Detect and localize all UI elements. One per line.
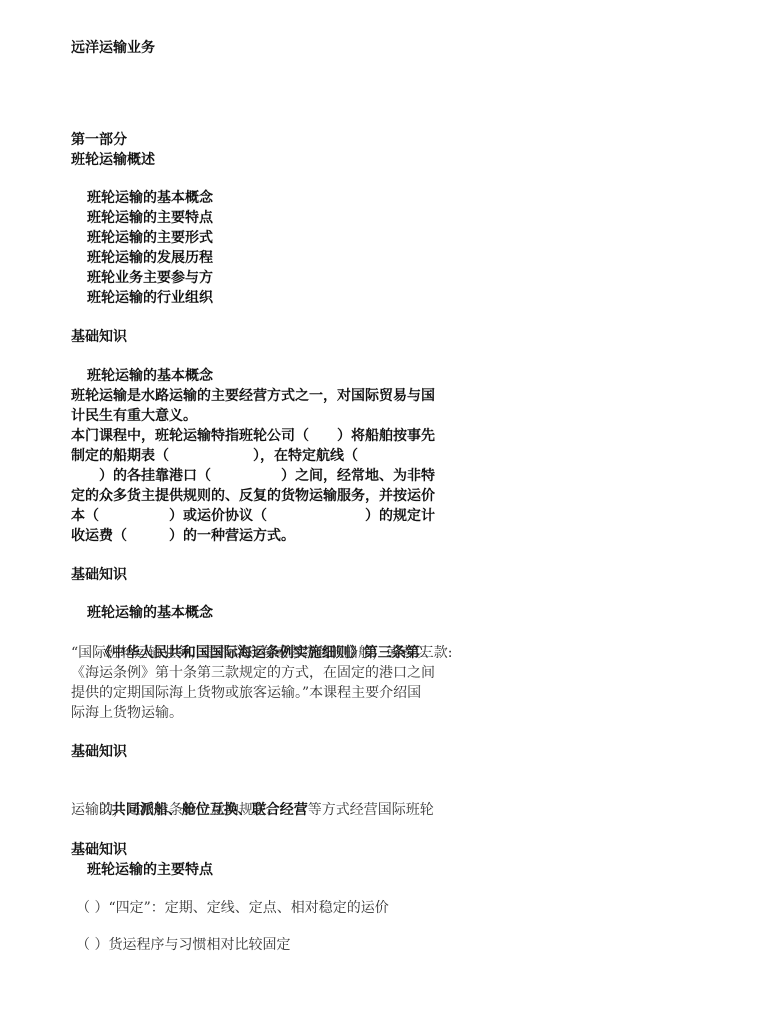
section-subheading: 班轮运输的基本概念 bbox=[87, 366, 213, 386]
toc-item: 班轮运输的发展历程 bbox=[87, 248, 213, 268]
section-heading: 基础知识 bbox=[71, 565, 127, 585]
section-heading: 基础知识 bbox=[71, 742, 127, 762]
toc-item: 班轮运输的主要形式 bbox=[87, 228, 213, 248]
text-normal: 等方式经营国际班轮 bbox=[308, 802, 434, 818]
quote-line: “国际班轮运输业务，是指以自有或者经营的船舶，或者以 bbox=[71, 643, 428, 663]
paragraph-line: 班轮运输是水路运输的主要经营方式之一，对国际贸易与国 bbox=[71, 386, 435, 406]
feature-item: （ ）货运程序与习惯相对比较固定 bbox=[76, 935, 290, 955]
paragraph-line: 定的众多货主提供规则的、反复的货物运输服务，并按运价 bbox=[71, 486, 435, 506]
section-heading: 基础知识 bbox=[71, 840, 127, 860]
feature-item: （ ）“四定”：定期、定线、定点、相对稳定的运价 bbox=[76, 898, 389, 918]
paragraph-line: 本门课程中，班轮运输特指班轮公司（ ）将船舶按事先 bbox=[71, 426, 435, 446]
paragraph-line: 运输的，适用本条第一款的规定。 bbox=[71, 800, 281, 820]
section-subheading: 班轮运输的基本概念 bbox=[87, 603, 213, 623]
quote-line: 际海上货物运输。 bbox=[71, 703, 183, 723]
quote-line: 提供的定期国际海上货物或旅客运输。”本课程主要介绍国 bbox=[71, 683, 421, 703]
toc-item: 班轮运输的行业组织 bbox=[87, 288, 213, 308]
document-title: 远洋运输业务 bbox=[71, 38, 155, 58]
paragraph-line: 本（ ）或运价协议（ ）的规定计 bbox=[71, 506, 435, 526]
toc-item: 班轮运输的主要特点 bbox=[87, 208, 213, 228]
toc-item: 班轮业务主要参与方 bbox=[87, 268, 213, 288]
part-title: 班轮运输概述 bbox=[71, 150, 155, 170]
paragraph-line: 收运费（ ）的一种营运方式。 bbox=[71, 526, 295, 546]
paragraph-line: 计民生有重大意义。 bbox=[71, 406, 197, 426]
part-label: 第一部分 bbox=[71, 130, 127, 150]
toc-item: 班轮运输的基本概念 bbox=[87, 188, 213, 208]
paragraph-line: 制定的船期表（ ），在特定航线（ bbox=[71, 446, 358, 466]
section-subheading: 班轮运输的主要特点 bbox=[87, 860, 213, 880]
section-heading: 基础知识 bbox=[71, 327, 127, 347]
paragraph-line: ）的各挂靠港口（ ）之间，经常地、为非特 bbox=[71, 466, 435, 486]
quote-line: 《海运条例》第十条第三款规定的方式，在固定的港口之间 bbox=[71, 663, 435, 683]
